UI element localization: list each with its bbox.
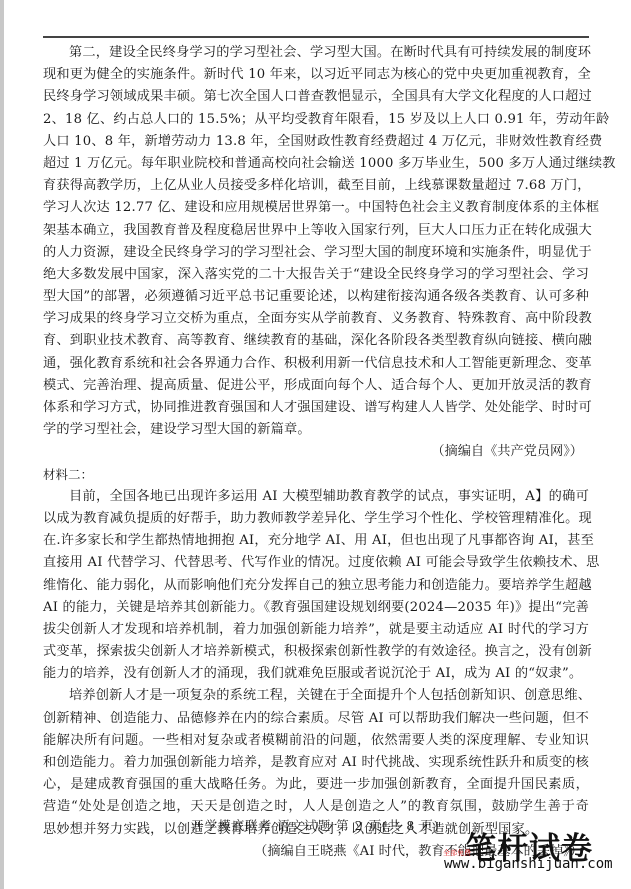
text-line: 学习成果的终身学习立交桥为重点，全面夯实从学前教育、义务教育、特殊教育、高中阶段… bbox=[43, 308, 589, 330]
text-line: 创新精神、创造能力、品德修养在内的综合素质。尽管 AI 可以帮助我们解决一些问题… bbox=[43, 708, 589, 730]
text-line: 超过 1 万亿元。每年职业院校和普通高校向社会输送 1000 多万毕业生，500… bbox=[43, 153, 589, 175]
source-citation-1: （摘编自《共产党员网》） bbox=[43, 441, 589, 463]
watermark-url: www.biganshijuan.com bbox=[444, 856, 613, 872]
text-line: 式变革，探索拔尖创新人才培养新模式，积极探索创新性教学的有效途径。换言之，没有创… bbox=[43, 641, 589, 663]
text-line: 心，是建成教育强国的重大战略任务。为此，要进一步加强创新教育，全面提升国民素质， bbox=[43, 774, 589, 796]
paragraph-1: 第二，建设全民终身学习的学习型社会、学习型大国。在断时代具有可持续发展的制度环现… bbox=[43, 42, 589, 441]
page-edge-strip bbox=[0, 0, 4, 889]
text-line: 绝大多数发展中国家，深入落实党的二十大报告关于“建设全民终身学习的学习型社会、学… bbox=[43, 264, 589, 286]
text-line: 架基本确立，我国教育普及程度稳居世界中上等收入国家行列，巨大人口压力正在转化成强… bbox=[43, 220, 589, 242]
text-line: 体系和学习方式，协同推进教育强国和人才强国建设、谱写构建人人皆学、处处能学、时时… bbox=[43, 397, 589, 419]
text-line: 和创造能力。着力加强创新能力培养，是教育应对 AI 时代挑战、实现系统性跃升和质… bbox=[43, 752, 589, 774]
text-line: 直接用 AI 代替学习、代替思考、代写作业的情况。过度依赖 AI 可能会导致学生… bbox=[43, 552, 589, 574]
document-page: 第二，建设全民终身学习的学习型社会、学习型大国。在断时代具有可持续发展的制度环现… bbox=[43, 42, 589, 863]
text-line: 培养创新人才是一项复杂的系统工程，关键在于全面提升个人包括创新知识、创意思维、 bbox=[43, 685, 589, 707]
text-line: 拔尖创新人才发现和培养机制，着力加强创新能力培养”，就是要主动适应 AI 时代的… bbox=[43, 619, 589, 641]
text-line: 的人力资源，建设全民终身学习的学习型社会、学习型大国的制度环境和实施条件，明显优… bbox=[43, 242, 589, 264]
text-line: 学习人次达 12.77 亿、建设和应用规模居世界第一。中国特色社会主义教育制度体… bbox=[43, 197, 589, 219]
text-line: 目前，全国各地已出现许多运用 AI 大模型辅助教育教学的试点，事实证明，A】的确… bbox=[43, 486, 589, 508]
text-line: 通，强化教育系统和社会各界通力合作、积极利用新一代信息技术和人工智能更新理念、变… bbox=[43, 353, 589, 375]
text-line: 以成为教育减负提质的好帮手，助力教师教学差异化、学生学习个性化、学校管理精准化。… bbox=[43, 508, 589, 530]
text-line: 2、18 亿、约占总人口的 15.5%；从平均受教育年限看，15 岁及以上人口 … bbox=[43, 109, 589, 131]
text-line: 在.许多家长和学生都热情地拥抱 AI，充分地学 AI、用 AI，但也出现了凡事都… bbox=[43, 530, 589, 552]
text-line: 第二，建设全民终身学习的学习型社会、学习型大国。在断时代具有可持续发展的制度环 bbox=[43, 42, 589, 64]
material-2-heading: 材料二： bbox=[43, 464, 589, 486]
text-line: 模式、完善治理、提高质量、促进公平，形成面向每个人、适合每个人、更加开放灵活的教… bbox=[43, 375, 589, 397]
text-line: 能力的培养，没有创新人才的涌现，我们就难免臣服或者说沉沦于 AI，成为 AI 的… bbox=[43, 663, 589, 685]
text-line: AI 的能力，关键是培养其创新能力。《教育强国建设规划纲要(2024—2035 … bbox=[43, 597, 589, 619]
text-line: 育、到职业技术教育、高等教育、继续教育的基础，深化各阶段各类型教育纵向链接、横向… bbox=[43, 330, 589, 352]
text-line: 学的学习型社会，建设学习型大国的新篇章。 bbox=[43, 419, 589, 441]
text-line: 育获得高教学历，上亿从业人员接受多样化培训，截至目前，上线慕课数量超过 7.68… bbox=[43, 175, 589, 197]
text-line: 民终身学习领域成果丰硕。第七次全国人口普查教悒显示，全国具有大学文化程度的人口超… bbox=[43, 86, 589, 108]
text-line: 能解决所有问题。一些相对复杂或者模糊前沿的问题，依然需要人类的深度理解、专业知识 bbox=[43, 730, 589, 752]
text-line: 现和更为健全的实施条件。新时代 10 年来，以习近平同志为核心的党中央更加重视教… bbox=[43, 64, 589, 86]
header-rule bbox=[43, 36, 589, 38]
text-line: 人口 10、8 年，新增劳动力 13.8 年，全国财政性教育经费超过 4 万亿元… bbox=[43, 131, 589, 153]
text-line: 维惰化、能力弱化，从而影响他们充分发挥自己的独立思考能力和创造能力。要培养学生超… bbox=[43, 575, 589, 597]
paragraph-2: 目前，全国各地已出现许多运用 AI 大模型辅助教育教学的试点，事实证明，A】的确… bbox=[43, 486, 589, 686]
text-line: 型大国”的部署，必须遵循习近平总书记重要论述，以构建衔接沟通各级各类教育、认可多… bbox=[43, 286, 589, 308]
